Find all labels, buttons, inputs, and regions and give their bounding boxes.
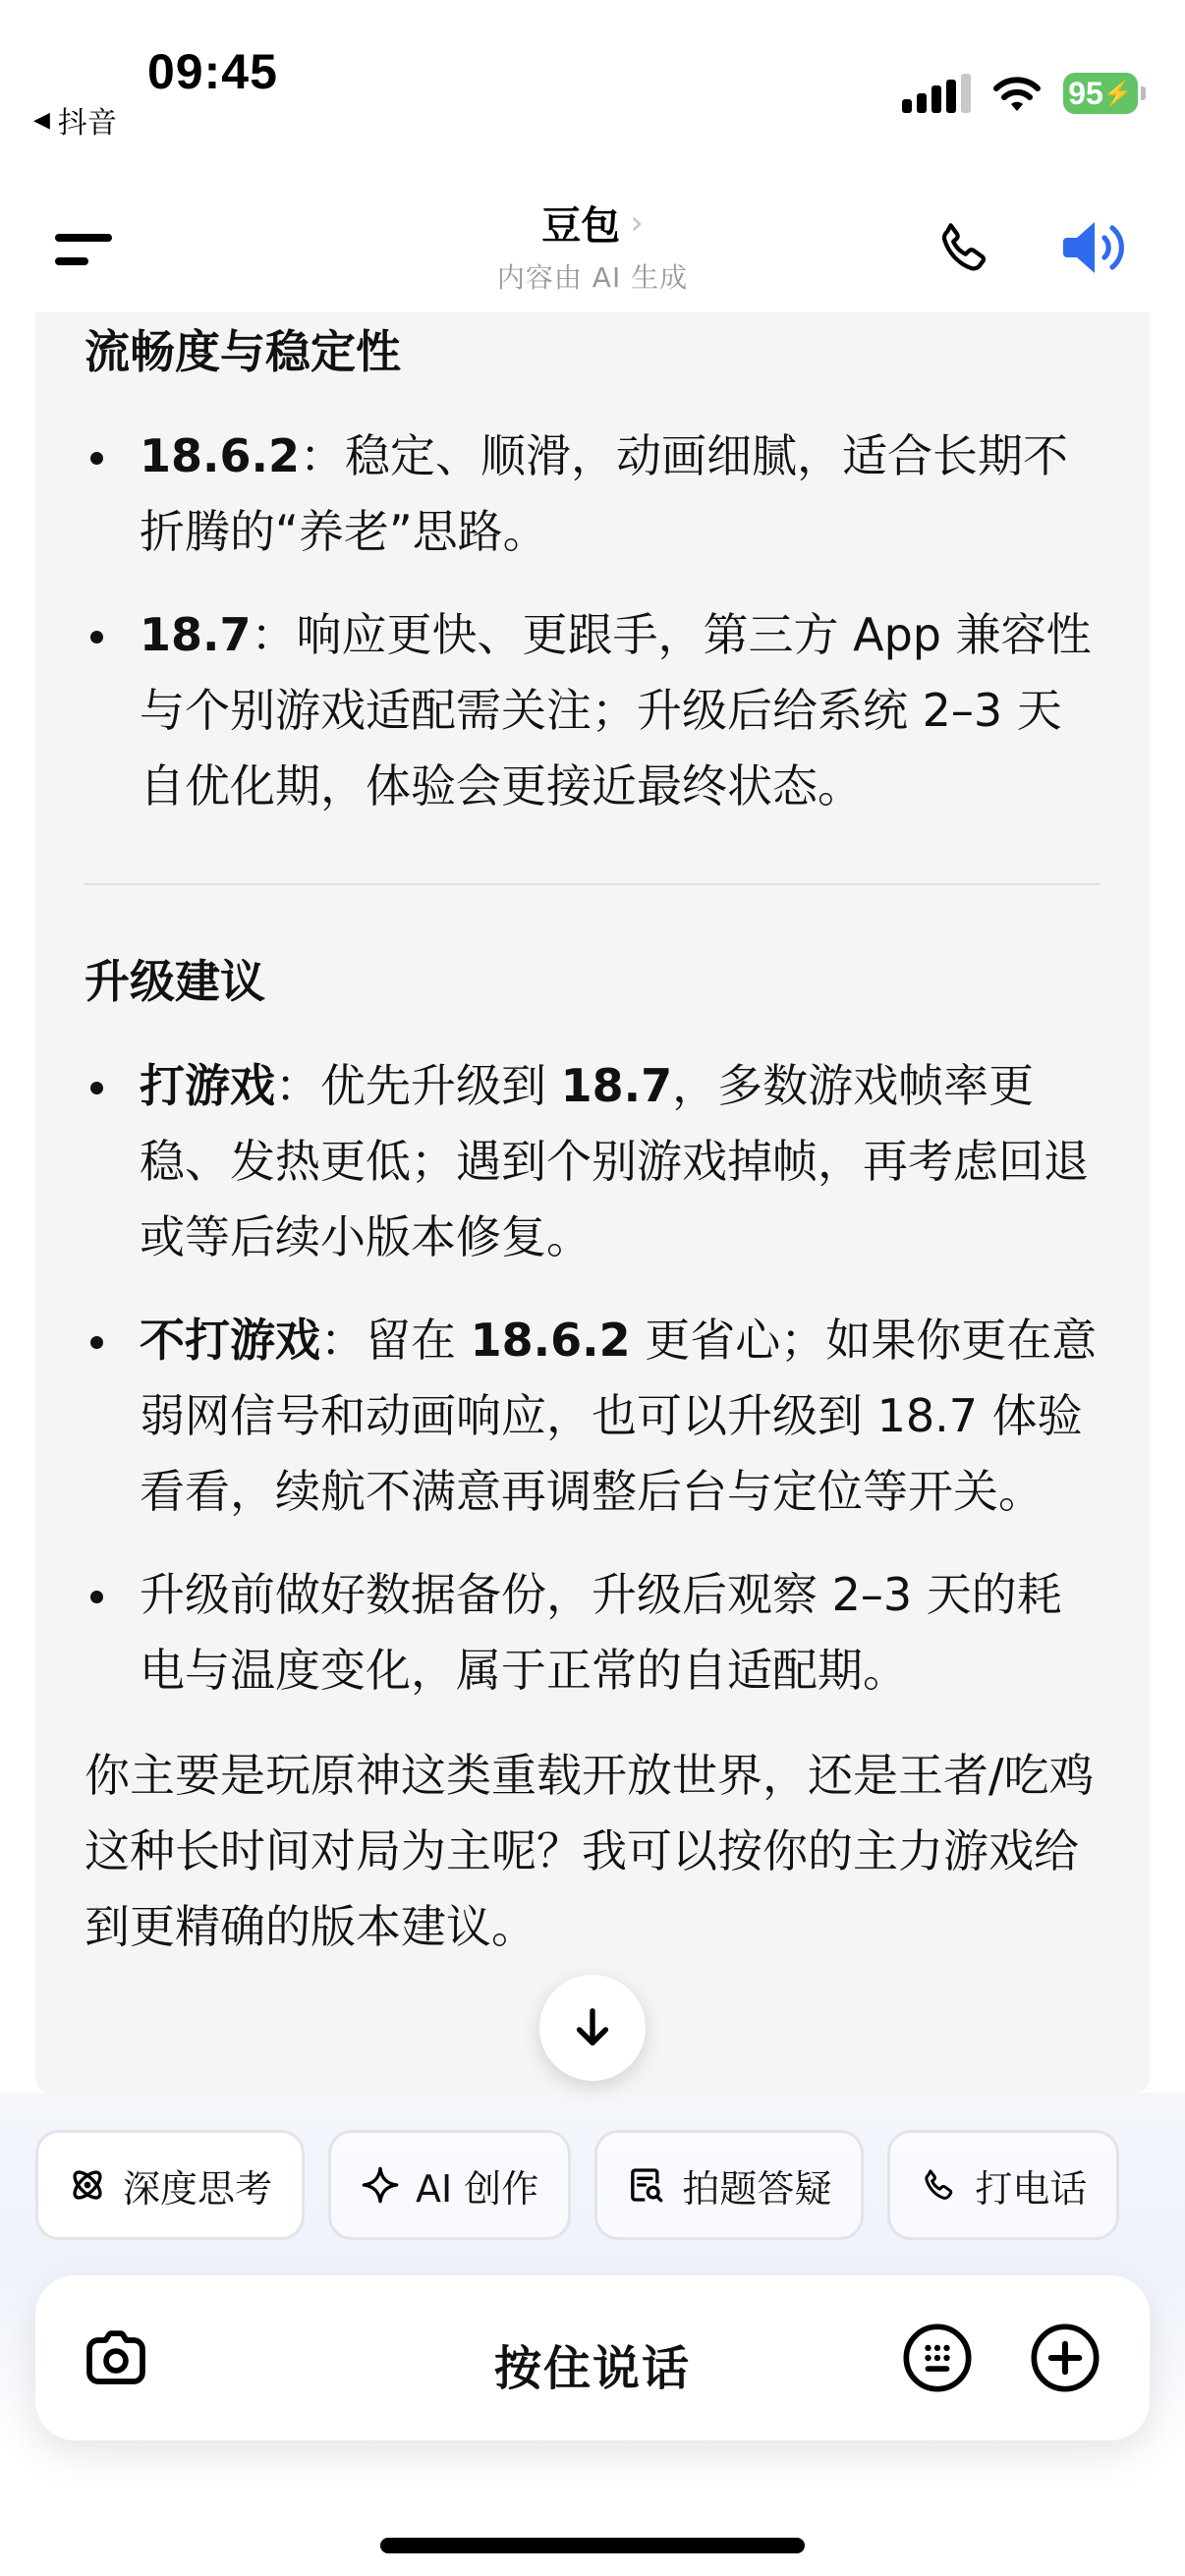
item-sep: ： <box>252 608 297 661</box>
closing-question: 你主要是玩原神这类重载开放世界，还是王者/吃鸡这种长时间对局为主呢？我可以按你的… <box>85 1738 1100 1965</box>
phone-icon <box>920 2165 959 2205</box>
read-aloud-button[interactable] <box>1061 216 1132 279</box>
item-version: 18.7 <box>561 1059 673 1112</box>
chevron-right-icon: › <box>630 203 644 243</box>
title-area[interactable]: 豆包 › 内容由 AI 生成 <box>0 195 1185 296</box>
chip-deep-thinking[interactable]: 深度思考 <box>35 2130 305 2240</box>
section-heading: 流畅度与稳定性 <box>85 322 1100 381</box>
doc-search-icon <box>627 2165 666 2205</box>
chip-label: 深度思考 <box>123 2158 272 2212</box>
chip-label: AI 创作 <box>416 2158 538 2212</box>
battery-indicator: 95⚡ <box>1063 73 1138 114</box>
chip-ai-create[interactable]: AI 创作 <box>328 2130 571 2240</box>
plus-icon <box>1028 2321 1102 2395</box>
section-divider <box>85 883 1100 885</box>
back-app-label: 抖音 <box>58 98 117 141</box>
sparkle-icon <box>361 2165 400 2205</box>
list-item: 打游戏：优先升级到 18.7，多数游戏帧率更稳、发热更低；遇到个别游戏掉帧，再考… <box>85 1048 1100 1275</box>
chip-label: 拍题答疑 <box>682 2158 831 2212</box>
phone-icon <box>933 216 996 279</box>
list-item: 不打游戏：留在 18.6.2 更省心；如果你更在意弱网信号和动画响应，也可以升级… <box>85 1303 1100 1530</box>
scroll-to-bottom-button[interactable] <box>539 1975 646 2081</box>
item-sep: ： <box>320 1314 366 1367</box>
item-label: 18.6.2 <box>140 429 300 482</box>
charging-bolt-icon: ⚡ <box>1103 80 1133 108</box>
item-sep: ： <box>275 1059 320 1112</box>
back-arrow-icon: ◀ <box>33 108 50 133</box>
section-heading: 升级建议 <box>85 952 1100 1011</box>
item-version: 18.6.2 <box>471 1314 631 1367</box>
home-indicator[interactable] <box>380 2538 805 2553</box>
item-label: 18.7 <box>140 608 252 661</box>
item-label: 不打游戏 <box>140 1314 320 1367</box>
bullet-list: 打游戏：优先升级到 18.7，多数游戏帧率更稳、发热更低；遇到个别游戏掉帧，再考… <box>85 1048 1100 1708</box>
battery-percent: 95 <box>1068 76 1103 112</box>
list-item: 升级前做好数据备份，升级后观察 2–3 天的耗电与温度变化，属于正常的自适配期。 <box>85 1557 1100 1708</box>
cellular-signal-icon <box>902 74 971 113</box>
chip-photo-solve[interactable]: 拍题答疑 <box>594 2130 864 2240</box>
status-time: 09:45 <box>147 43 278 100</box>
item-text: 留在 <box>366 1314 471 1367</box>
wifi-icon <box>992 74 1042 113</box>
chip-phone-call[interactable]: 打电话 <box>887 2130 1119 2240</box>
speaker-icon <box>1061 216 1132 279</box>
arrow-down-icon <box>570 2005 615 2050</box>
atom-icon <box>68 2165 107 2205</box>
chat-header: 豆包 › 内容由 AI 生成 <box>0 187 1185 312</box>
item-label: 打游戏 <box>140 1059 275 1112</box>
ai-generated-notice: 内容由 AI 生成 <box>0 256 1185 296</box>
list-item: 18.7：响应更快、更跟手，第三方 App 兼容性与个别游戏适配需关注；升级后给… <box>85 597 1100 824</box>
quick-actions: 深度思考 AI 创作 拍题答疑 打电话 <box>35 2130 1119 2240</box>
voice-call-button[interactable] <box>933 216 996 279</box>
chat-title: 豆包 <box>541 195 620 251</box>
assistant-message: 流畅度与稳定性 18.6.2：稳定、顺滑，动画细腻，适合长期不折腾的“养老”思路… <box>35 312 1150 2093</box>
keyboard-toggle-button[interactable] <box>900 2321 975 2395</box>
item-sep: ： <box>300 429 345 482</box>
list-item: 18.6.2：稳定、顺滑，动画细腻，适合长期不折腾的“养老”思路。 <box>85 419 1100 570</box>
chip-label: 打电话 <box>975 2158 1087 2212</box>
item-text: 优先升级到 <box>320 1059 561 1112</box>
keyboard-icon <box>900 2321 975 2395</box>
bullet-list: 18.6.2：稳定、顺滑，动画细腻，适合长期不折腾的“养老”思路。 18.7：响… <box>85 419 1100 824</box>
input-bar: 按住说话 <box>35 2275 1150 2440</box>
hold-to-talk-button[interactable]: 按住说话 <box>35 2330 1150 2398</box>
item-text: 升级前做好数据备份，升级后观察 2–3 天的耗电与温度变化，属于正常的自适配期。 <box>140 1568 1062 1697</box>
status-icons: 95⚡ <box>902 73 1138 114</box>
more-options-button[interactable] <box>1028 2321 1102 2395</box>
back-to-app-button[interactable]: ◀ 抖音 <box>33 98 117 141</box>
